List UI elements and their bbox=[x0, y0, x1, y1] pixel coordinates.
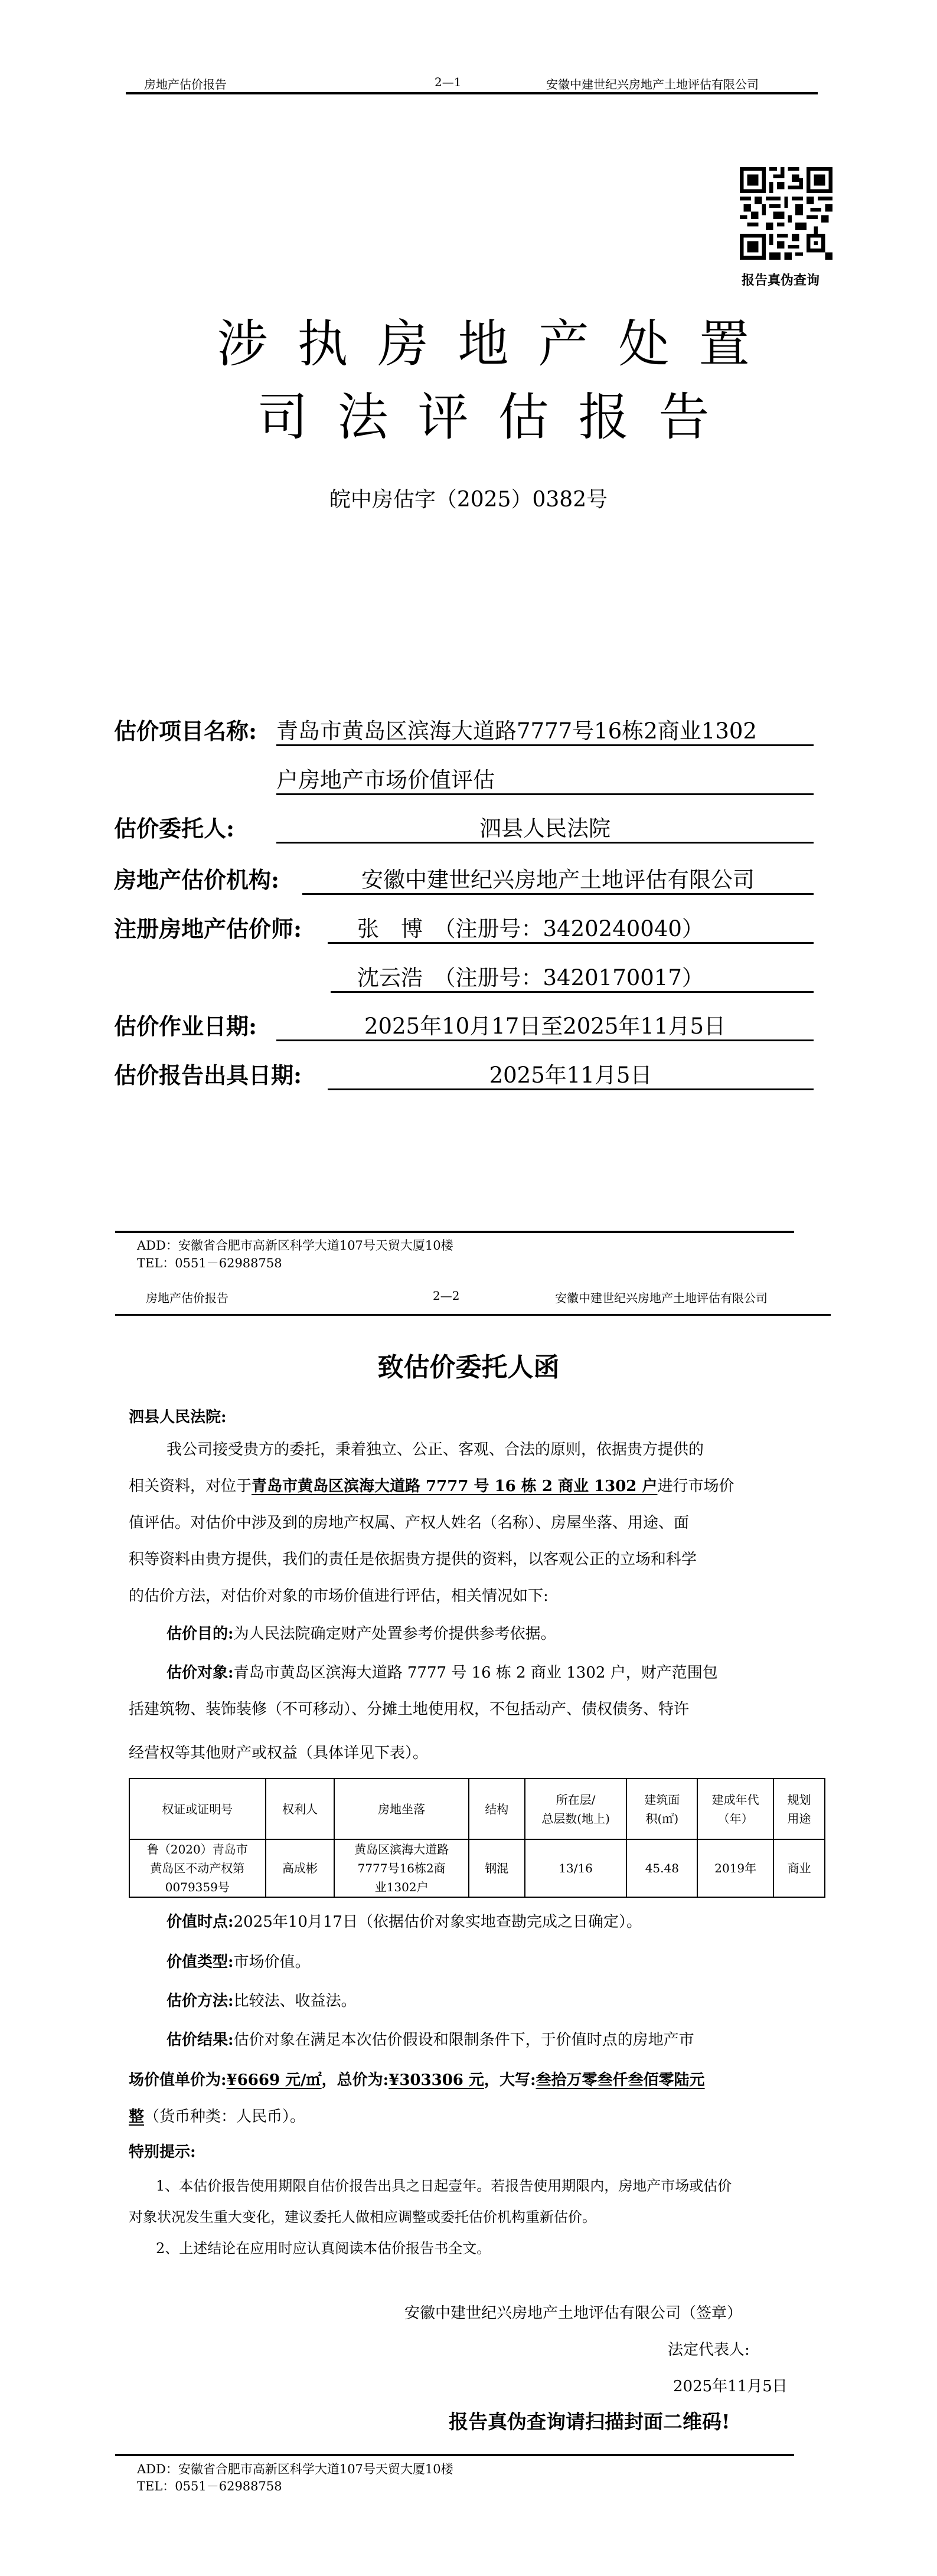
col-header-owner: 权利人 bbox=[266, 1779, 335, 1839]
cell-year: 2019年 bbox=[697, 1839, 773, 1897]
intro-line-2-post: 进行市场价 bbox=[657, 1477, 734, 1495]
unit-price-label: 场价值单价为: bbox=[129, 2071, 227, 2089]
legal-representative: 法定代表人: bbox=[668, 2338, 750, 2359]
cell-owner: 高成彬 bbox=[266, 1839, 335, 1897]
intro-line-1: 我公司接受贵方的委托，秉着独立、公正、客观、合法的原则，依据贵方提供的 bbox=[129, 1431, 864, 1468]
value-date-value: 2025年10月17日（依据估价对象实地查勘完成之日确定）。 bbox=[234, 1913, 642, 1931]
footer-tel: TEL：0551－62988758 bbox=[137, 1254, 282, 1271]
currency-note: （货币种类：人民币）。 bbox=[144, 2108, 305, 2126]
header-right: 安徽中建世纪兴房地产土地评估有限公司 bbox=[555, 1289, 768, 1306]
result-line-2: 场价值单价为:¥6669 元/㎡，总价为:¥303306 元，大写:叁拾万零叁仟… bbox=[129, 2062, 827, 2098]
header-right: 安徽中建世纪兴房地产土地评估有限公司 bbox=[546, 75, 759, 92]
result: 估价结果:估价对象在满足本次估价假设和限制条件下，于价值时点的房地产市 bbox=[129, 2022, 864, 2058]
object-line-2: 括建筑物、装饰装修（不可移动）、分摊土地使用权，不包括动产、债权债务、特许 bbox=[129, 1691, 827, 1728]
header-left: 房地产估价报告 bbox=[146, 1289, 228, 1306]
col-header-structure: 结构 bbox=[469, 1779, 525, 1839]
total-price-label: ，总价为: bbox=[322, 2071, 389, 2089]
object: 估价对象:青岛市黄岛区滨海大道路 7777 号 16 栋 2 商业 1302 户… bbox=[129, 1655, 864, 1691]
cell-floor: 13/16 bbox=[525, 1839, 627, 1897]
col-header-floor: 所在层/ 总层数(地上) bbox=[525, 1779, 627, 1839]
value-type: 价值类型:市场价值。 bbox=[129, 1944, 864, 1980]
total-price-words-end: 整 bbox=[129, 2108, 144, 2126]
method: 估价方法:比较法、收益法。 bbox=[129, 1983, 864, 2019]
purpose-value: 为人民法院确定财产处置参考价提供参考依据。 bbox=[234, 1625, 556, 1643]
col-header-cert: 权证或证明号 bbox=[129, 1779, 266, 1839]
value-date: 价值时点:2025年10月17日（依据估价对象实地查勘完成之日确定）。 bbox=[129, 1904, 864, 1940]
intro-line-5: 的估价方法，对估价对象的市场价值进行评估，相关情况如下: bbox=[129, 1578, 827, 1614]
project-name-value: 青岛市黄岛区滨海大道路7777号16栋2商业1302 bbox=[276, 720, 814, 746]
footer-address: ADD：安徽省合肥市高新区科学大道107号天贸大厦10楼 bbox=[137, 1236, 453, 1254]
qr-code-icon[interactable] bbox=[740, 167, 832, 260]
total-price-words: 叁拾万零叁仟叁佰零陆元 bbox=[536, 2071, 705, 2089]
appraiser-1: 张 博 （注册号：3420240040） bbox=[328, 918, 814, 944]
client-label: 估价委托人: bbox=[114, 818, 234, 840]
appraiser-label: 注册房地产估价师: bbox=[114, 918, 302, 940]
report-title-line1: 涉执房地产处置 bbox=[0, 319, 937, 370]
appraiser-2: 沈云浩 （注册号：3420170017） bbox=[331, 967, 814, 993]
footer-address: ADD：安徽省合肥市高新区科学大道107号天贸大厦10楼 bbox=[137, 2460, 453, 2477]
result-label: 估价结果: bbox=[166, 2031, 234, 2049]
report-title-line2: 司法评估报告 bbox=[0, 392, 937, 443]
method-value: 比较法、收益法。 bbox=[234, 1992, 357, 2010]
purpose-label: 估价目的: bbox=[166, 1625, 234, 1643]
cell-usage: 商业 bbox=[773, 1839, 825, 1897]
col-header-year: 建成年代 （年） bbox=[697, 1779, 773, 1839]
issue-date-label: 估价报告出具日期: bbox=[114, 1064, 302, 1087]
note-2: 2、上述结论在应用时应认真阅读本估价报告书全文。 bbox=[129, 2230, 854, 2267]
intro-line-2-pre: 相关资料，对位于 bbox=[129, 1477, 252, 1495]
object-line-1: 青岛市黄岛区滨海大道路 7777 号 16 栋 2 商业 1302 户，财产范围… bbox=[234, 1664, 718, 1682]
total-price: ¥303306 元 bbox=[388, 2071, 484, 2089]
header-left: 房地产估价报告 bbox=[144, 75, 227, 92]
value-date-label: 价值时点: bbox=[166, 1913, 234, 1931]
header-rule bbox=[126, 92, 818, 94]
method-label: 估价方法: bbox=[166, 1992, 234, 2010]
work-date-value: 2025年10月17日至2025年11月5日 bbox=[276, 1015, 814, 1041]
col-header-area: 建筑面 积(㎡) bbox=[626, 1779, 697, 1839]
cell-area: 45.48 bbox=[626, 1839, 697, 1897]
intro-line-3: 值评估。对估价中涉及到的房地产权属、产权人姓名（名称）、房屋坐落、用途、面 bbox=[129, 1505, 827, 1541]
agency-label: 房地产估价机构: bbox=[114, 869, 279, 891]
salutation: 泗县人民法院: bbox=[129, 1399, 827, 1436]
table-header-row: 权证或证明号 权利人 房地坐落 结构 所在层/ 总层数(地上) 建筑面 积(㎡)… bbox=[129, 1779, 825, 1839]
agency-value: 安徽中建世纪兴房地产土地评估有限公司 bbox=[302, 869, 814, 895]
work-date-label: 估价作业日期: bbox=[114, 1015, 257, 1038]
report-number: 皖中房估字（2025）0382号 bbox=[0, 483, 937, 513]
footer-rule bbox=[115, 1231, 794, 1233]
signature-date: 2025年11月5日 bbox=[673, 2374, 788, 2396]
project-name-label: 估价项目名称: bbox=[114, 720, 257, 743]
purpose: 估价目的:为人民法院确定财产处置参考价提供参考依据。 bbox=[129, 1616, 864, 1652]
total-words-label: ，大写: bbox=[484, 2071, 536, 2089]
property-rights-table: 权证或证明号 权利人 房地坐落 结构 所在层/ 总层数(地上) 建筑面 积(㎡)… bbox=[129, 1778, 825, 1898]
col-header-usage: 规划 用途 bbox=[773, 1779, 825, 1839]
cell-location: 黄岛区滨海大道路 7777号16栋2商 业1302户 bbox=[334, 1839, 469, 1897]
col-header-location: 房地坐落 bbox=[334, 1779, 469, 1839]
header-rule bbox=[115, 1314, 831, 1316]
issue-date-value: 2025年11月5日 bbox=[328, 1064, 814, 1090]
result-line-3: 整（货币种类：人民币）。 bbox=[129, 2098, 827, 2135]
client-value: 泗县人民法院 bbox=[276, 818, 814, 844]
object-line-3: 经营权等其他财产或权益（具体详见下表）。 bbox=[129, 1738, 827, 1768]
cell-cert: 鲁（2020）青岛市 黄岛区不动产权第 0079359号 bbox=[129, 1839, 266, 1897]
object-label: 估价对象: bbox=[166, 1664, 234, 1682]
footer-tel: TEL：0551－62988758 bbox=[137, 2477, 282, 2495]
qr-label: 报告真伪查询 bbox=[742, 270, 820, 289]
project-name-value-cont: 户房地产市场价值评估 bbox=[276, 769, 814, 795]
unit-price: ¥6669 元/㎡ bbox=[227, 2071, 322, 2089]
letter-title: 致估价委托人函 bbox=[0, 1346, 937, 1384]
signature-company: 安徽中建世纪兴房地产土地评估有限公司（签章） bbox=[404, 2301, 742, 2323]
result-line-1: 估价对象在满足本次估价假设和限制条件下，于价值时点的房地产市 bbox=[234, 2031, 694, 2049]
value-type-value: 市场价值。 bbox=[234, 1953, 311, 1971]
verify-notice: 报告真伪查询请扫描封面二维码! bbox=[449, 2407, 730, 2434]
intro-line-4: 积等资料由贵方提供，我们的责任是依据贵方提供的资料，以客观公正的立场和科学 bbox=[129, 1541, 827, 1578]
property-address: 青岛市黄岛区滨海大道路 7777 号 16 栋 2 商业 1302 户 bbox=[252, 1477, 657, 1495]
intro-line-2: 相关资料，对位于青岛市黄岛区滨海大道路 7777 号 16 栋 2 商业 130… bbox=[129, 1468, 827, 1505]
header-page-number: 2—2 bbox=[433, 1289, 459, 1303]
cell-structure: 钢混 bbox=[469, 1839, 525, 1897]
value-type-label: 价值类型: bbox=[166, 1953, 234, 1971]
footer-rule bbox=[115, 2454, 794, 2456]
header-page-number: 2—1 bbox=[435, 75, 461, 89]
notes-title: 特别提示: bbox=[129, 2134, 827, 2170]
table-row: 鲁（2020）青岛市 黄岛区不动产权第 0079359号 高成彬 黄岛区滨海大道… bbox=[129, 1839, 825, 1897]
